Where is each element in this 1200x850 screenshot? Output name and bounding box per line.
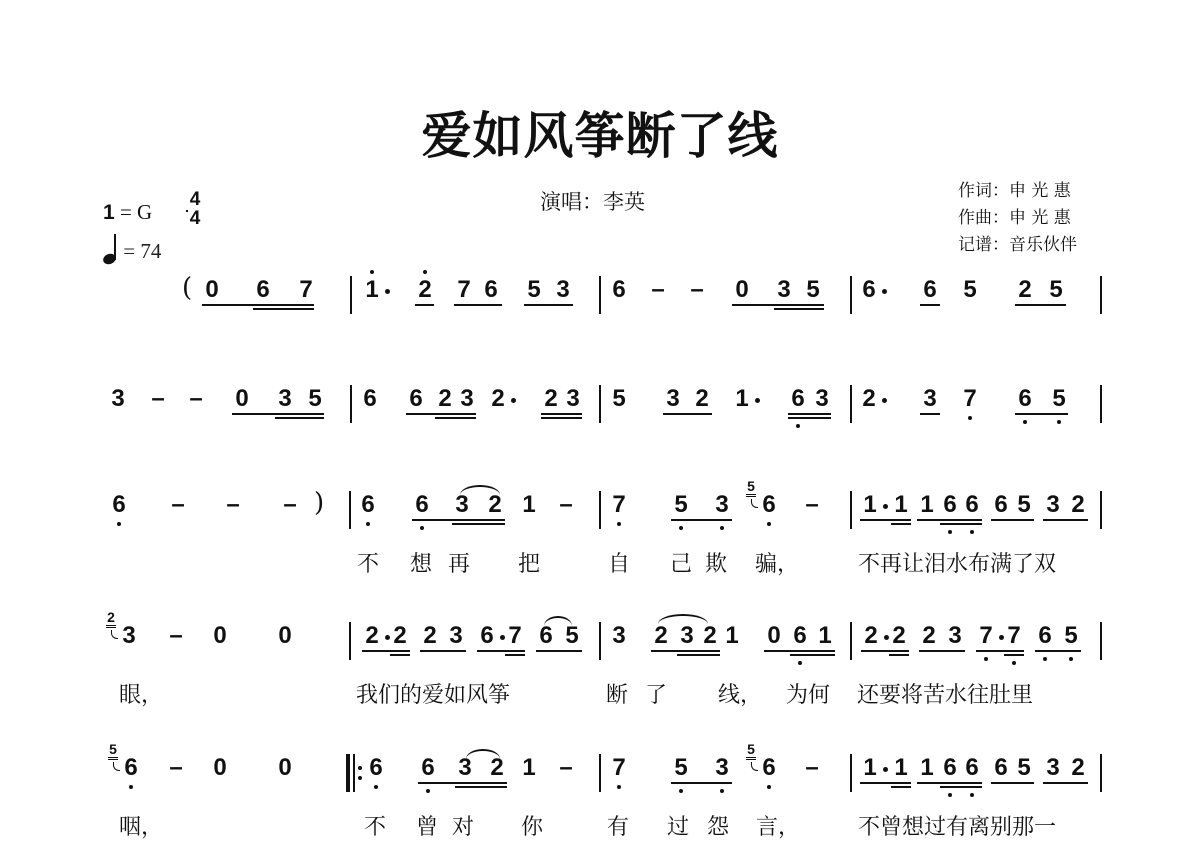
note: 3 (920, 385, 940, 413)
low-octave-dot (366, 522, 370, 526)
duration-underline (524, 304, 573, 306)
note: 6 (962, 491, 982, 519)
note: 3 (812, 385, 832, 413)
sustain-dash: – (280, 491, 300, 519)
note: 6 (412, 491, 432, 519)
grace-slur (113, 762, 120, 771)
duration-underline (764, 650, 835, 652)
grace-underline (746, 494, 756, 495)
sustain-dash: – (166, 754, 186, 782)
sustain-dash: – (687, 276, 707, 304)
duration-underline (1043, 782, 1088, 784)
note: 0 (210, 754, 230, 782)
duration-underline (861, 650, 909, 652)
note: 3 (1043, 754, 1063, 782)
duration-underline (663, 413, 712, 415)
note: 7 (1004, 622, 1024, 650)
note: 2 (919, 622, 939, 650)
barline (599, 622, 601, 660)
duration-underline (991, 782, 1034, 784)
note: 6 (358, 491, 378, 519)
low-octave-dot (970, 530, 974, 534)
low-octave-dot (1057, 420, 1061, 424)
duration-underline (435, 417, 476, 419)
duration-underline (651, 650, 720, 652)
lyric-text: 眼， (119, 678, 163, 709)
barline (350, 276, 352, 314)
duration-underline (454, 304, 502, 306)
high-octave-dot (423, 270, 427, 274)
duration-underline (919, 650, 965, 652)
lyric-text: 过 (667, 810, 689, 841)
lyric-text: 不曾想过有离别那一 (858, 810, 1056, 841)
barline (850, 385, 852, 423)
note: 6 (406, 385, 426, 413)
note: 7 (296, 276, 316, 304)
note: 0 (202, 276, 222, 304)
low-octave-dot (117, 522, 121, 526)
note: 5 (562, 622, 582, 650)
barline (1100, 491, 1102, 529)
duration-underline (406, 413, 476, 415)
note: 3 (108, 385, 128, 413)
lyric-text: 为何 (786, 678, 830, 709)
note: 5 (1014, 491, 1034, 519)
duration-underline (477, 650, 525, 652)
note: 3 (774, 276, 794, 304)
note: 1 (362, 276, 382, 304)
close-paren: ) (314, 488, 324, 518)
tempo-marking: = 74 (102, 234, 161, 264)
note: 1 (815, 622, 835, 650)
duration-underline (732, 304, 824, 306)
note: 5 (803, 276, 823, 304)
duration-underline (452, 523, 505, 525)
note: 7 (609, 754, 629, 782)
low-octave-dot (970, 793, 974, 797)
duration-underline (774, 308, 824, 310)
duration-underline (412, 519, 505, 521)
lyric-text: 再 (448, 547, 470, 578)
barline (599, 754, 601, 792)
barline (599, 276, 601, 314)
open-paren: ( (182, 273, 192, 303)
note: 6 (360, 385, 380, 413)
augmentation-dot (882, 289, 887, 294)
barline (599, 491, 601, 529)
augmentation-dot (883, 767, 888, 772)
duration-underline (788, 417, 831, 419)
note: 3 (553, 276, 573, 304)
note: 6 (859, 276, 879, 304)
low-octave-dot (1023, 420, 1027, 424)
note: 2 (1068, 754, 1088, 782)
key-value: = G (120, 200, 152, 224)
note: 6 (991, 754, 1011, 782)
note: 6 (759, 491, 779, 519)
duration-underline (536, 650, 582, 652)
barline (1100, 622, 1102, 660)
duration-underline (541, 417, 582, 419)
grace-note: 5 (746, 478, 756, 494)
lyric-text: 己 (670, 547, 692, 578)
duration-underline (940, 786, 982, 788)
grace-underline (746, 757, 756, 758)
sustain-dash: – (166, 622, 186, 650)
grace-note: 2 (106, 609, 116, 625)
lyric-text: 不 (364, 810, 386, 841)
slur-arc (544, 616, 572, 626)
duration-underline (671, 519, 732, 521)
lyric-text: 言， (756, 810, 800, 841)
barline (850, 622, 852, 660)
sustain-dash: – (148, 385, 168, 413)
lyric-text: 欺 (705, 547, 727, 578)
note: 6 (1015, 385, 1035, 413)
note: 0 (732, 276, 752, 304)
lyric-text: 想 (410, 547, 432, 578)
note: 1 (860, 754, 880, 782)
note: 1 (891, 491, 911, 519)
slur-arc (466, 749, 500, 759)
slur-arc (658, 614, 708, 624)
note: 3 (446, 622, 466, 650)
duration-underline (1015, 304, 1066, 306)
duration-underline (940, 523, 982, 525)
repeat-start-thin-line (353, 754, 355, 792)
note: 1 (917, 491, 937, 519)
duration-underline (415, 304, 434, 306)
composer-credit: 作曲：申 光 惠 (958, 205, 1077, 232)
duration-underline (917, 782, 982, 784)
duration-underline (788, 413, 831, 415)
note: 5 (1049, 385, 1069, 413)
repeat-start-barline (346, 754, 350, 792)
barline (1100, 385, 1102, 423)
duration-underline (891, 523, 911, 525)
note: 0 (275, 622, 295, 650)
note: 3 (609, 622, 629, 650)
augmentation-dot (882, 398, 887, 403)
low-octave-dot (1069, 657, 1073, 661)
note: 3 (945, 622, 965, 650)
note: 6 (253, 276, 273, 304)
augmentation-dot (385, 289, 390, 294)
sustain-dash: – (168, 491, 188, 519)
barline (349, 622, 351, 660)
note: 3 (663, 385, 683, 413)
note: 2 (1068, 491, 1088, 519)
note: 2 (700, 622, 720, 650)
time-signature-top: 4 (190, 189, 201, 210)
duration-underline (275, 417, 324, 419)
grace-underline (746, 496, 756, 497)
note: 2 (435, 385, 455, 413)
note: 2 (692, 385, 712, 413)
low-octave-dot (767, 785, 771, 789)
barline (1100, 276, 1102, 314)
low-octave-dot (968, 416, 972, 420)
low-octave-dot (420, 526, 424, 530)
note: 0 (275, 754, 295, 782)
low-octave-dot (1012, 661, 1016, 665)
note: 2 (485, 491, 505, 519)
note: 1 (891, 754, 911, 782)
note: 2 (859, 385, 879, 413)
lyric-text: 了 (645, 678, 667, 709)
duration-underline (390, 654, 410, 656)
lyricist-credit: 作词：申 光 惠 (958, 178, 1077, 205)
note: 3 (677, 622, 697, 650)
low-octave-dot (129, 785, 133, 789)
lyric-text: 你 (521, 810, 543, 841)
time-signature-bottom: 4 (190, 208, 201, 229)
lyric-text: 线， (718, 678, 762, 709)
note: 2 (541, 385, 561, 413)
note: 5 (1014, 754, 1034, 782)
note: 6 (536, 622, 556, 650)
low-octave-dot (798, 661, 802, 665)
grace-underline (106, 627, 116, 628)
low-octave-dot (796, 424, 800, 428)
note: 5 (960, 276, 980, 304)
low-octave-dot (374, 785, 378, 789)
lyric-text: 不再让泪水布满了双 (858, 547, 1056, 578)
quarter-note-icon (102, 234, 118, 264)
key-signature: 1 = G (103, 200, 152, 225)
lyric-text: 我们的爱如风筝 (356, 678, 510, 709)
note: 6 (477, 622, 497, 650)
duration-underline (860, 782, 911, 784)
duration-underline (1004, 654, 1024, 656)
note: 0 (232, 385, 252, 413)
duration-underline (1015, 413, 1068, 415)
low-octave-dot (617, 522, 621, 526)
barline (350, 385, 352, 423)
note: 1 (722, 622, 742, 650)
sustain-dash: – (223, 491, 243, 519)
credits-block: 作词：申 光 惠 作曲：申 光 惠 记谱：音乐伙伴 (958, 178, 1077, 259)
repeat-dot (358, 776, 362, 780)
note: 7 (454, 276, 474, 304)
duration-underline (891, 786, 911, 788)
repeat-dot (358, 766, 362, 770)
lyric-text: 曾 (416, 810, 438, 841)
lyric-text: 自 (608, 547, 630, 578)
note: 6 (366, 754, 386, 782)
note: 1 (732, 385, 752, 413)
duration-underline (677, 654, 720, 656)
note: 5 (305, 385, 325, 413)
duration-underline (541, 413, 582, 415)
grace-slur (111, 630, 118, 639)
lyric-text: 还要将苦水往肚里 (857, 678, 1033, 709)
duration-underline (418, 782, 507, 784)
low-octave-dot (984, 657, 988, 661)
note: 1 (917, 754, 937, 782)
duration-underline (505, 654, 525, 656)
low-octave-dot (948, 793, 952, 797)
barline (850, 491, 852, 529)
augmentation-dot (511, 398, 516, 403)
tempo-value: = 74 (123, 239, 161, 263)
note: 6 (940, 754, 960, 782)
time-signature-divider (186, 210, 188, 212)
lyric-text: 有 (607, 810, 629, 841)
song-title: 爱如风筝断了线 (0, 96, 1200, 168)
slur-arc (460, 485, 500, 495)
sustain-dash: – (556, 754, 576, 782)
duration-underline (1035, 650, 1081, 652)
low-octave-dot (679, 789, 683, 793)
note: 7 (505, 622, 525, 650)
note: 3 (712, 491, 732, 519)
duration-underline (253, 308, 314, 310)
note: 6 (788, 385, 808, 413)
high-octave-dot (370, 270, 374, 274)
duration-underline (790, 654, 835, 656)
note: 2 (488, 385, 508, 413)
note: 6 (940, 491, 960, 519)
lyric-text: 对 (452, 810, 474, 841)
transcriber-credit: 记谱：音乐伙伴 (958, 232, 1077, 259)
duration-underline (671, 782, 732, 784)
lyric-text: 把 (518, 547, 540, 578)
note: 2 (415, 276, 435, 304)
duration-underline (1043, 519, 1088, 521)
low-octave-dot (720, 789, 724, 793)
lyric-text: 怨 (707, 810, 729, 841)
sustain-dash: – (802, 754, 822, 782)
barline (850, 276, 852, 314)
lyric-text: 断 (606, 678, 628, 709)
note: 2 (651, 622, 671, 650)
barline (599, 385, 601, 423)
note: 3 (119, 622, 139, 650)
note: 3 (712, 754, 732, 782)
note: 2 (390, 622, 410, 650)
duration-underline (420, 650, 466, 652)
duration-underline (202, 304, 314, 306)
note: 5 (1046, 276, 1066, 304)
note: 2 (362, 622, 382, 650)
low-octave-dot (617, 785, 621, 789)
sustain-dash: – (648, 276, 668, 304)
low-octave-dot (426, 789, 430, 793)
note: 6 (759, 754, 779, 782)
sustain-dash: – (556, 491, 576, 519)
note: 7 (609, 491, 629, 519)
note: 5 (1061, 622, 1081, 650)
note: 5 (524, 276, 544, 304)
duration-underline (917, 519, 982, 521)
note: 0 (210, 622, 230, 650)
lyric-text: 咽， (119, 810, 163, 841)
note: 5 (671, 754, 691, 782)
time-signature: 4 4 (186, 190, 204, 228)
duration-underline (920, 304, 940, 306)
note: 2 (420, 622, 440, 650)
low-octave-dot (720, 526, 724, 530)
note: 7 (976, 622, 996, 650)
lyric-text: 骗， (755, 547, 799, 578)
duration-underline (362, 650, 410, 652)
low-octave-dot (767, 522, 771, 526)
note: 3 (1043, 491, 1063, 519)
note: 6 (109, 491, 129, 519)
duration-underline (920, 413, 940, 415)
sustain-dash: – (186, 385, 206, 413)
grace-underline (108, 757, 118, 758)
low-octave-dot (679, 526, 683, 530)
note: 0 (764, 622, 784, 650)
augmentation-dot (755, 398, 760, 403)
key-tonic: 1 (103, 201, 115, 224)
note: 6 (1035, 622, 1055, 650)
note: 6 (609, 276, 629, 304)
note: 6 (418, 754, 438, 782)
note: 3 (275, 385, 295, 413)
note: 5 (671, 491, 691, 519)
grace-slur (751, 499, 758, 508)
augmentation-dot (883, 504, 888, 509)
duration-underline (991, 519, 1034, 521)
grace-note: 5 (746, 741, 756, 757)
duration-underline (232, 413, 324, 415)
grace-underline (746, 759, 756, 760)
sustain-dash: – (802, 491, 822, 519)
note: 7 (960, 385, 980, 413)
duration-underline (455, 786, 507, 788)
note: 6 (920, 276, 940, 304)
grace-note: 5 (108, 741, 118, 757)
note: 1 (519, 491, 539, 519)
note: 3 (457, 385, 477, 413)
lyric-text: 不 (357, 547, 379, 578)
grace-underline (106, 625, 116, 626)
grace-slur (751, 762, 758, 771)
note: 1 (860, 491, 880, 519)
note: 6 (481, 276, 501, 304)
note: 6 (790, 622, 810, 650)
note: 6 (991, 491, 1011, 519)
barline (1100, 754, 1102, 792)
note: 3 (452, 491, 472, 519)
note: 5 (609, 385, 629, 413)
low-octave-dot (1043, 657, 1047, 661)
grace-underline (108, 759, 118, 760)
duration-underline (976, 650, 1024, 652)
barline (349, 491, 351, 529)
duration-underline (889, 654, 909, 656)
duration-underline (860, 519, 911, 521)
note: 3 (563, 385, 583, 413)
singer-credit: 演唱：李英 (540, 186, 645, 216)
note: 6 (121, 754, 141, 782)
note: 1 (519, 754, 539, 782)
note: 2 (861, 622, 881, 650)
note: 2 (889, 622, 909, 650)
note: 6 (962, 754, 982, 782)
note: 2 (1015, 276, 1035, 304)
barline (850, 754, 852, 792)
low-octave-dot (948, 530, 952, 534)
